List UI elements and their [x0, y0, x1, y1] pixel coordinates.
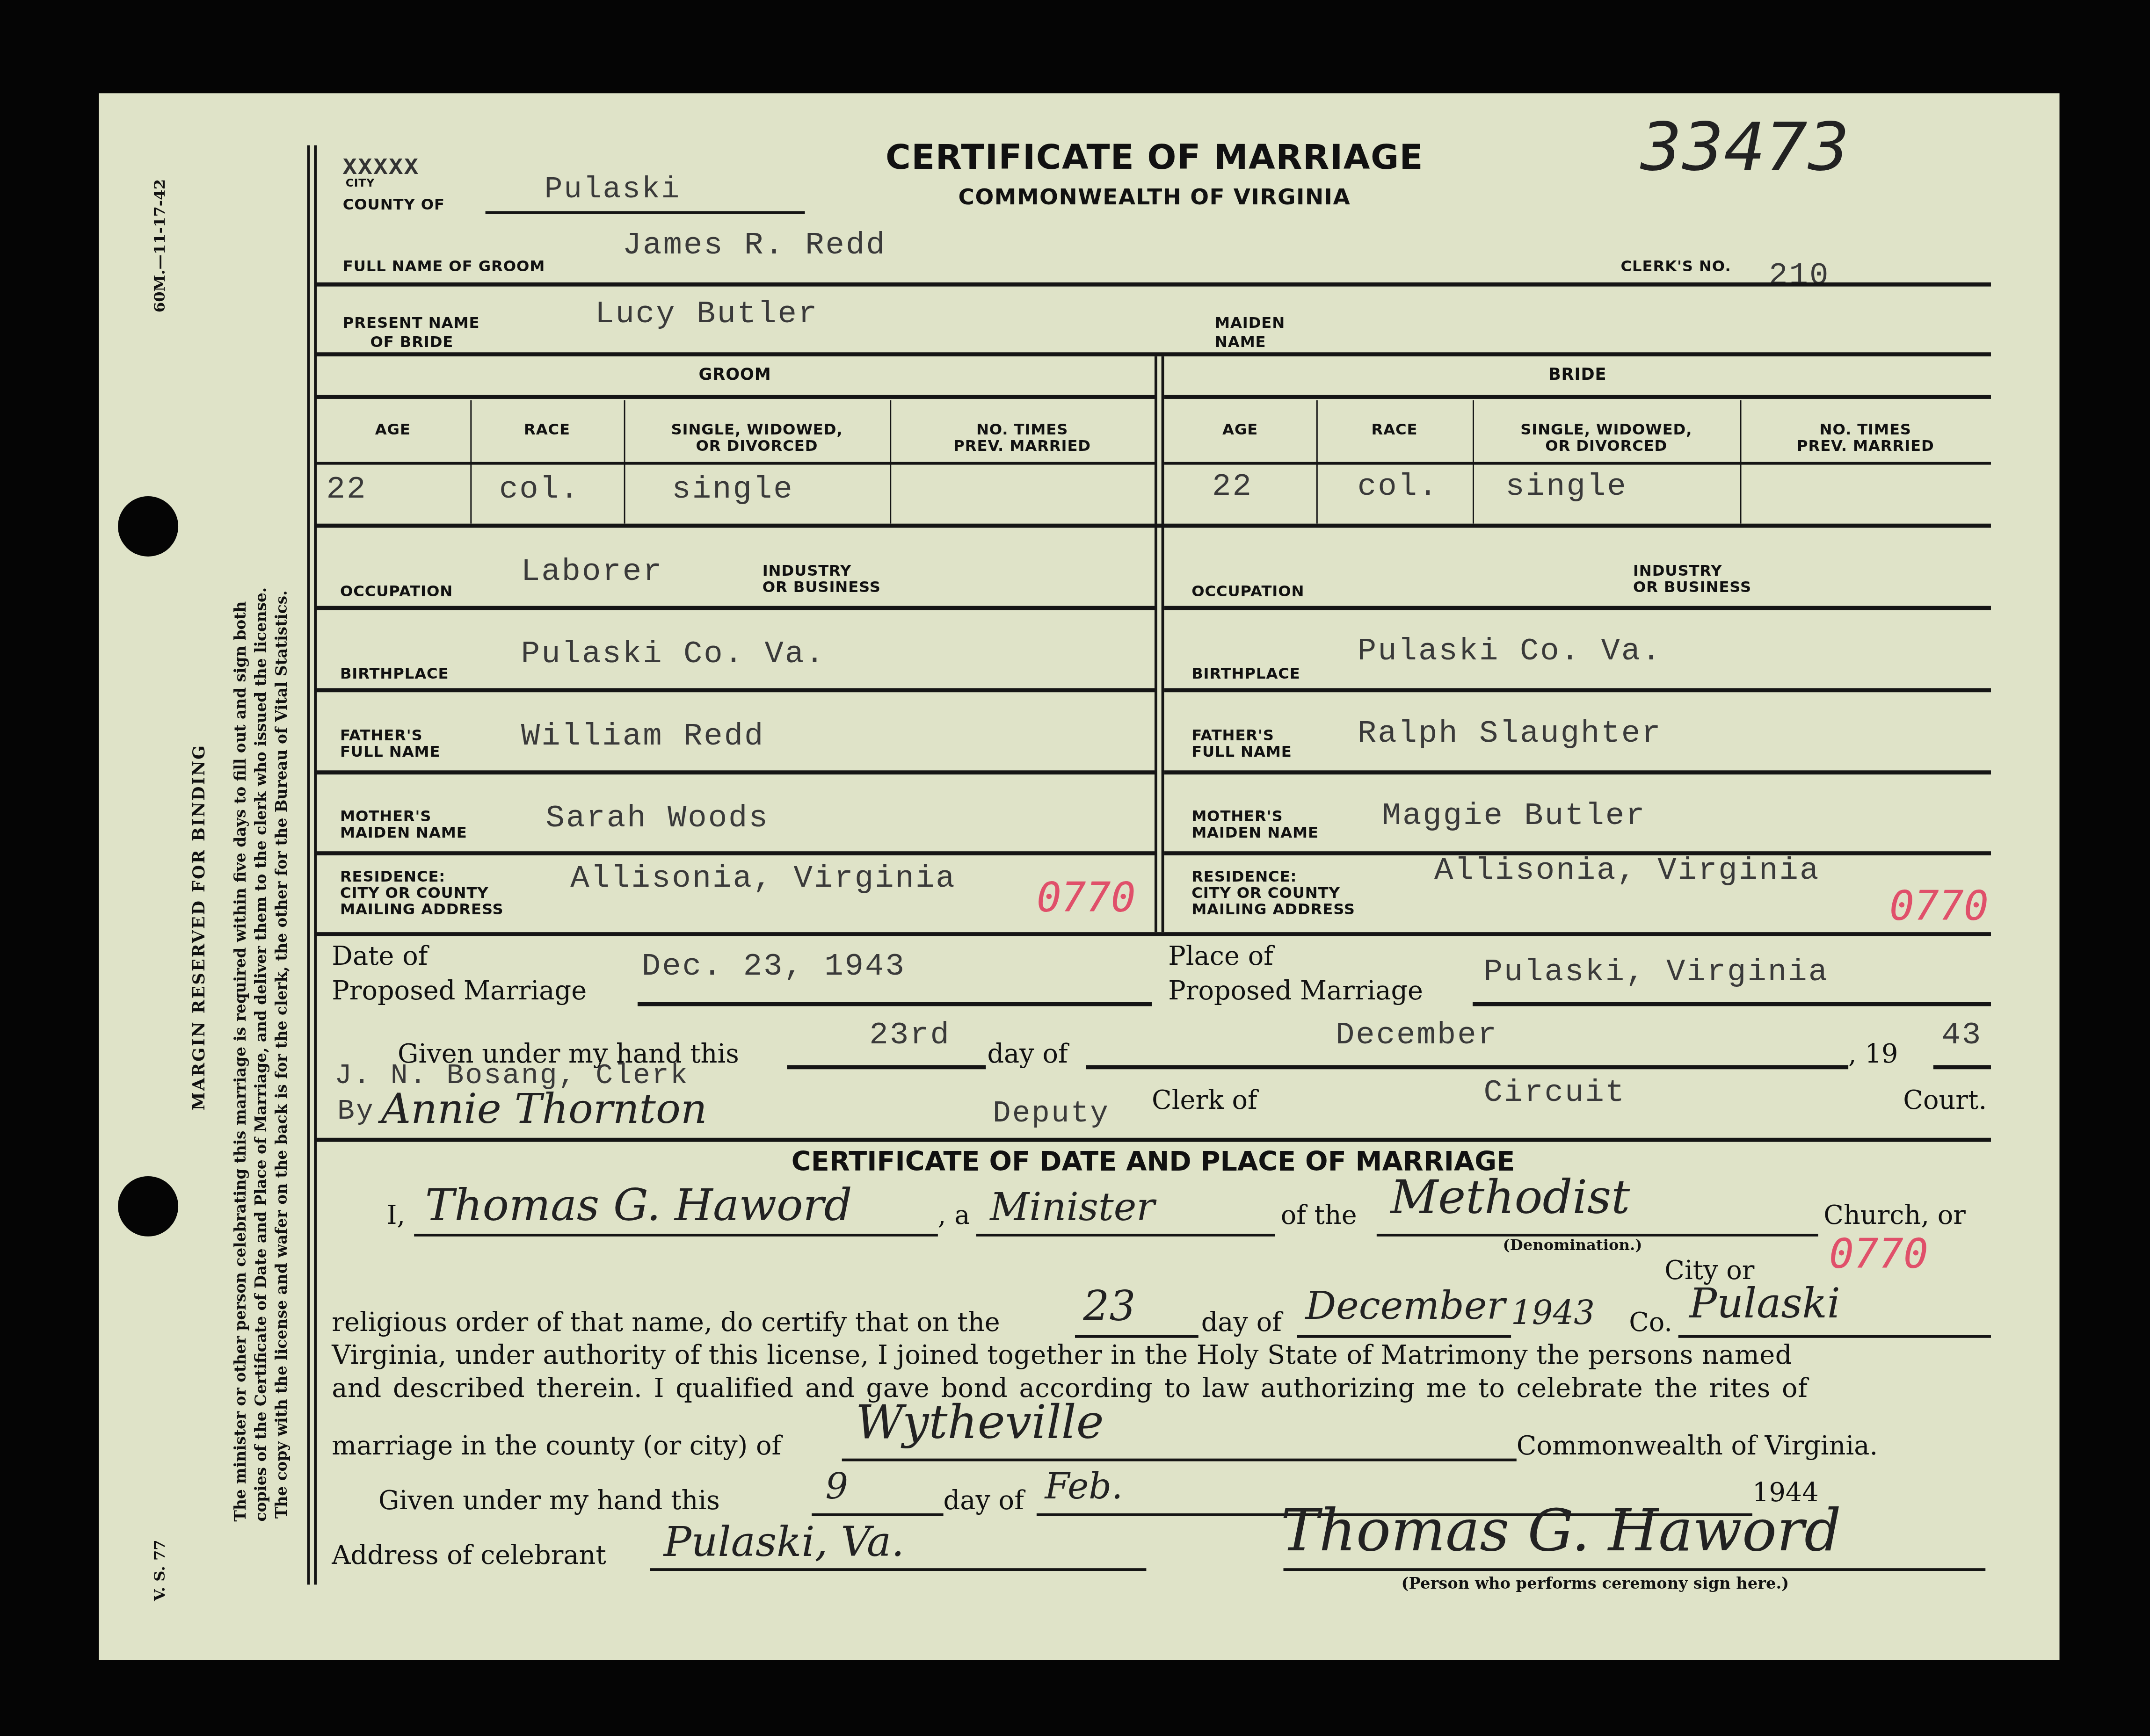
bride-industry-label-line1: INDUSTRY — [1633, 564, 1751, 580]
groom-birthplace-value[interactable]: Pulaski Co. Va. — [521, 636, 826, 672]
place-proposed-underline — [1473, 1002, 1991, 1006]
groom-age-value[interactable]: 22 — [327, 471, 367, 507]
marriage-certificate-document: 60M.—11-17-42 V. S. 77 MARGIN RESERVED F… — [99, 93, 2059, 1660]
groom-race-value[interactable]: col. — [499, 471, 581, 507]
groom-father-value[interactable]: William Redd — [521, 718, 765, 754]
instruction-line-1: The minister or other person celebrating… — [230, 587, 251, 1522]
clerk-number-label: CLERK'S NO. — [1621, 259, 1731, 275]
groom-status-value[interactable]: single — [672, 471, 793, 507]
groom-mother-value[interactable]: Sarah Woods — [546, 801, 769, 836]
ceremony-given-day-handwritten[interactable]: 9 — [826, 1467, 849, 1508]
rule-age-row — [315, 524, 1991, 528]
signature-caption: (Person who performs ceremony sign here.… — [1402, 1574, 1789, 1593]
rule-bride-birthplace — [1164, 688, 1991, 692]
date-proposed-underline — [638, 1002, 1152, 1006]
margin-binding-note: MARGIN RESERVED FOR BINDING — [189, 744, 208, 1110]
ceremony-co-label: Co. — [1629, 1308, 1672, 1338]
certificate-subtitle: COMMONWEALTH OF VIRGINIA — [846, 184, 1463, 210]
ceremony-given-day-of-label: day of — [944, 1486, 1024, 1516]
signature-underline — [1284, 1568, 1986, 1571]
groom-industry-label-line2: OR BUSINESS — [763, 580, 881, 596]
bride-present-label-line2: OF BRIDE — [343, 333, 480, 352]
license-day-underline — [787, 1065, 986, 1069]
bride-father-value[interactable]: Ralph Slaughter — [1358, 716, 1662, 751]
officiant-underline — [414, 1234, 938, 1237]
license-month-underline — [1086, 1065, 1848, 1069]
rule-license-end — [315, 1138, 1991, 1142]
groom-status-header: SINGLE, WIDOWED, OR DIVORCED — [624, 422, 890, 455]
ceremony-month-handwritten[interactable]: December — [1305, 1283, 1505, 1329]
county-label: COUNTY OF — [343, 197, 445, 214]
celebrant-address-handwritten[interactable]: Pulaski, Va. — [664, 1519, 905, 1567]
groom-mother-label: MOTHER'S MAIDEN NAME — [340, 809, 467, 841]
certificate-title: CERTIFICATE OF MARRIAGE — [846, 137, 1463, 177]
groom-section-header: GROOM — [315, 366, 1155, 383]
ceremony-given-day-underline — [812, 1513, 943, 1516]
rule-groom-father — [315, 770, 1155, 774]
rule-residence — [315, 932, 1991, 936]
date-proposed-label: Date of Proposed Marriage — [332, 940, 587, 1009]
bride-mother-label-line2: MAIDEN NAME — [1191, 825, 1319, 842]
denomination-caption: (Denomination.) — [1503, 1237, 1642, 1254]
ceremony-day-handwritten[interactable]: 23 — [1083, 1283, 1136, 1331]
bride-status-header-line1: SINGLE, WIDOWED, — [1473, 422, 1740, 439]
groom-age-header: AGE — [315, 422, 470, 439]
officiant-name-handwritten[interactable]: Thomas G. Haword — [425, 1179, 852, 1231]
deputy-label: Deputy — [993, 1097, 1110, 1131]
maiden-name-label: MAIDEN NAME — [1215, 314, 1285, 352]
groom-mother-label-line1: MOTHER'S — [340, 809, 467, 825]
county-value[interactable]: Pulaski — [545, 173, 681, 207]
bride-residence-label-line2: CITY OR COUNTY — [1191, 885, 1355, 902]
bond-county-handwritten[interactable]: Wytheville — [856, 1396, 1104, 1450]
ceremony-i-label: I, — [387, 1201, 406, 1231]
bond-county-underline — [842, 1459, 1517, 1461]
rule-groom-birthplace — [315, 688, 1155, 692]
bride-birthplace-label: BIRTHPLACE — [1191, 666, 1300, 683]
groom-bride-divider-b — [1162, 356, 1164, 932]
rule-groom-header — [315, 395, 1155, 399]
ceremony-line4-suffix: Commonwealth of Virginia. — [1517, 1431, 1878, 1461]
clerk-number-value[interactable]: 210 — [1769, 258, 1830, 293]
deputy-signature[interactable]: Annie Thornton — [381, 1085, 707, 1134]
place-proposed-value[interactable]: Pulaski, Virginia — [1483, 954, 1829, 990]
bride-section-header: BRIDE — [1164, 366, 1991, 383]
ceremony-a-label: , a — [938, 1201, 970, 1231]
bride-age-value[interactable]: 22 — [1212, 469, 1253, 504]
bride-mother-label-line1: MOTHER'S — [1191, 809, 1319, 825]
margin-border-outer — [307, 145, 310, 1585]
court-type-value[interactable]: Circuit — [1483, 1075, 1626, 1110]
groom-race-header: RACE — [470, 422, 624, 439]
bride-status-header-line2: OR DIVORCED — [1473, 439, 1740, 455]
bride-occupation-label: OCCUPATION — [1191, 584, 1304, 600]
groom-industry-label: INDUSTRY OR BUSINESS — [763, 564, 881, 596]
officiant-role-handwritten[interactable]: Minister — [990, 1184, 1155, 1230]
by-label: By — [337, 1097, 375, 1128]
bride-race-header: RACE — [1316, 422, 1473, 439]
groom-occupation-label: OCCUPATION — [340, 584, 453, 600]
court-label: Court. — [1903, 1085, 1987, 1115]
celebrant-address-label: Address of celebrant — [332, 1541, 606, 1571]
rule-bride-occupation — [1164, 606, 1991, 610]
groom-name-value[interactable]: James R. Redd — [623, 228, 886, 263]
date-proposed-value[interactable]: Dec. 23, 1943 — [642, 948, 906, 984]
ceremony-day-underline — [1075, 1335, 1198, 1338]
binding-hole-top — [118, 496, 178, 557]
ceremony-of-the-label: of the — [1281, 1201, 1357, 1231]
city-label: CITY — [346, 175, 375, 192]
groom-father-label-line1: FATHER'S — [340, 728, 441, 744]
rule-bride-col-headers — [1164, 462, 1991, 465]
groom-birthplace-label: BIRTHPLACE — [340, 666, 449, 683]
groom-mother-label-line2: MAIDEN NAME — [340, 825, 467, 842]
bride-status-header: SINGLE, WIDOWED, OR DIVORCED — [1473, 422, 1740, 455]
stamped-record-number: 33473 — [1640, 109, 1850, 186]
license-given-month[interactable]: December — [1336, 1017, 1498, 1053]
groom-residence-code-stamp: 0770 — [1037, 875, 1136, 923]
clerk-of-label: Clerk of — [1152, 1085, 1257, 1115]
date-proposed-label-line1: Date of — [332, 940, 587, 975]
groom-industry-label-line1: INDUSTRY — [763, 564, 881, 580]
denomination-handwritten[interactable]: Methodist — [1390, 1171, 1630, 1225]
instruction-line-2: copies of the Certificate of Date and Pl… — [251, 587, 271, 1522]
groom-times-header-line1: NO. TIMES — [890, 422, 1155, 439]
place-proposed-label-line1: Place of — [1168, 940, 1423, 975]
rule-groom-occupation — [315, 606, 1155, 610]
groom-bride-divider-a — [1155, 356, 1157, 932]
ceremony-year-handwritten[interactable]: 1943 — [1511, 1294, 1595, 1332]
bride-residence-label-line3: MAILING ADDRESS — [1191, 902, 1355, 919]
bride-status-value[interactable]: single — [1505, 469, 1627, 504]
bride-father-label-line2: FULL NAME — [1191, 745, 1292, 761]
bride-industry-label: INDUSTRY OR BUSINESS — [1633, 564, 1751, 596]
bride-times-header-line1: NO. TIMES — [1740, 422, 1991, 439]
ceremony-county-underline — [1678, 1335, 1991, 1338]
rule-groom-col-headers — [315, 462, 1155, 465]
license-day-of-label: day of — [987, 1039, 1068, 1069]
church-or-label: Church, or — [1823, 1201, 1966, 1231]
maiden-label-line1: MAIDEN — [1215, 314, 1285, 333]
maiden-label-line2: NAME — [1215, 333, 1285, 352]
ceremony-line2: Virginia, under authority of this licens… — [332, 1341, 1792, 1371]
rule-groom-mother — [315, 851, 1155, 855]
margin-border-inner — [314, 145, 317, 1585]
bride-times-header-line2: PREV. MARRIED — [1740, 439, 1991, 455]
ceremony-section-title: CERTIFICATE OF DATE AND PLACE OF MARRIAG… — [315, 1146, 1991, 1177]
bride-age-header: AGE — [1164, 422, 1316, 439]
county-underline — [486, 211, 805, 214]
groom-times-header-line2: PREV. MARRIED — [890, 439, 1155, 455]
bride-industry-label-line2: OR BUSINESS — [1633, 580, 1751, 596]
groom-residence-value[interactable]: Allisonia, Virginia — [570, 861, 956, 897]
groom-name-label: FULL NAME OF GROOM — [343, 259, 545, 275]
bride-residence-code-stamp: 0770 — [1889, 883, 1989, 931]
groom-residence-label-line2: CITY OR COUNTY — [340, 885, 504, 902]
form-code: 60M.—11-17-42 — [151, 179, 168, 312]
vs-code: V. S. 77 — [151, 1540, 168, 1601]
bride-race-value[interactable]: col. — [1358, 469, 1439, 504]
instruction-line-3: The copy with the license and wafer on t… — [271, 587, 292, 1522]
bride-mother-label: MOTHER'S MAIDEN NAME — [1191, 809, 1319, 841]
binding-hole-bottom — [118, 1176, 178, 1237]
ceremony-line1-prefix: religious order of that name, do certify… — [332, 1308, 1000, 1338]
groom-residence-label: RESIDENCE: CITY OR COUNTY MAILING ADDRES… — [340, 869, 504, 919]
groom-times-header: NO. TIMES PREV. MARRIED — [890, 422, 1155, 455]
rule-bride-father — [1164, 770, 1991, 774]
license-given-day[interactable]: 23rd — [869, 1017, 951, 1053]
officiant-signature[interactable]: Thomas G. Haword — [1281, 1497, 1841, 1564]
bride-times-header: NO. TIMES PREV. MARRIED — [1740, 422, 1991, 455]
ceremony-county-handwritten[interactable]: Pulaski — [1689, 1280, 1840, 1329]
bride-present-name-label: PRESENT NAME OF BRIDE — [343, 314, 480, 352]
groom-status-header-line1: SINGLE, WIDOWED, — [624, 422, 890, 439]
groom-father-label: FATHER'S FULL NAME — [340, 728, 441, 760]
ceremony-given-month-handwritten[interactable]: Feb. — [1045, 1467, 1123, 1508]
groom-occupation-value[interactable]: Laborer — [521, 554, 663, 589]
date-proposed-label-line2: Proposed Marriage — [332, 975, 587, 1009]
groom-father-label-line2: FULL NAME — [340, 745, 441, 761]
groom-residence-label-line1: RESIDENCE: — [340, 869, 504, 885]
license-year-prefix: , 19 — [1848, 1039, 1898, 1069]
bride-residence-label: RESIDENCE: CITY OR COUNTY MAILING ADDRES… — [1191, 869, 1355, 919]
ceremony-day-of-label: day of — [1201, 1308, 1282, 1338]
ceremony-month-underline — [1297, 1335, 1511, 1338]
bride-mother-value[interactable]: Maggie Butler — [1382, 798, 1646, 833]
ceremony-code-stamp: 0770 — [1829, 1231, 1928, 1279]
place-proposed-label-line2: Proposed Marriage — [1168, 975, 1423, 1009]
ceremony-given-label: Given under my hand this — [378, 1486, 720, 1516]
groom-residence-label-line3: MAILING ADDRESS — [340, 902, 504, 919]
role-underline — [976, 1234, 1275, 1237]
license-year-underline — [1933, 1065, 1991, 1069]
bride-residence-label-line1: RESIDENCE: — [1191, 869, 1355, 885]
bride-residence-value[interactable]: Allisonia, Virginia — [1434, 853, 1820, 888]
rule-bride-name — [315, 352, 1991, 356]
bride-present-name-value[interactable]: Lucy Butler — [595, 296, 818, 332]
celebrant-address-underline — [650, 1568, 1146, 1571]
margin-instructions: The minister or other person celebrating… — [230, 587, 292, 1522]
place-proposed-label: Place of Proposed Marriage — [1168, 940, 1423, 1009]
rule-groom-name — [315, 282, 1991, 287]
bride-birthplace-value[interactable]: Pulaski Co. Va. — [1358, 633, 1662, 669]
license-given-year[interactable]: 43 — [1941, 1017, 1982, 1053]
scan-background: 60M.—11-17-42 V. S. 77 MARGIN RESERVED F… — [0, 0, 2150, 1736]
bride-present-label-line1: PRESENT NAME — [343, 314, 480, 333]
rule-bride-header — [1164, 395, 1991, 399]
ceremony-line4-prefix: marriage in the county (or city) of — [332, 1431, 781, 1461]
bride-father-label: FATHER'S FULL NAME — [1191, 728, 1292, 760]
groom-status-header-line2: OR DIVORCED — [624, 439, 890, 455]
bride-father-label-line1: FATHER'S — [1191, 728, 1292, 744]
